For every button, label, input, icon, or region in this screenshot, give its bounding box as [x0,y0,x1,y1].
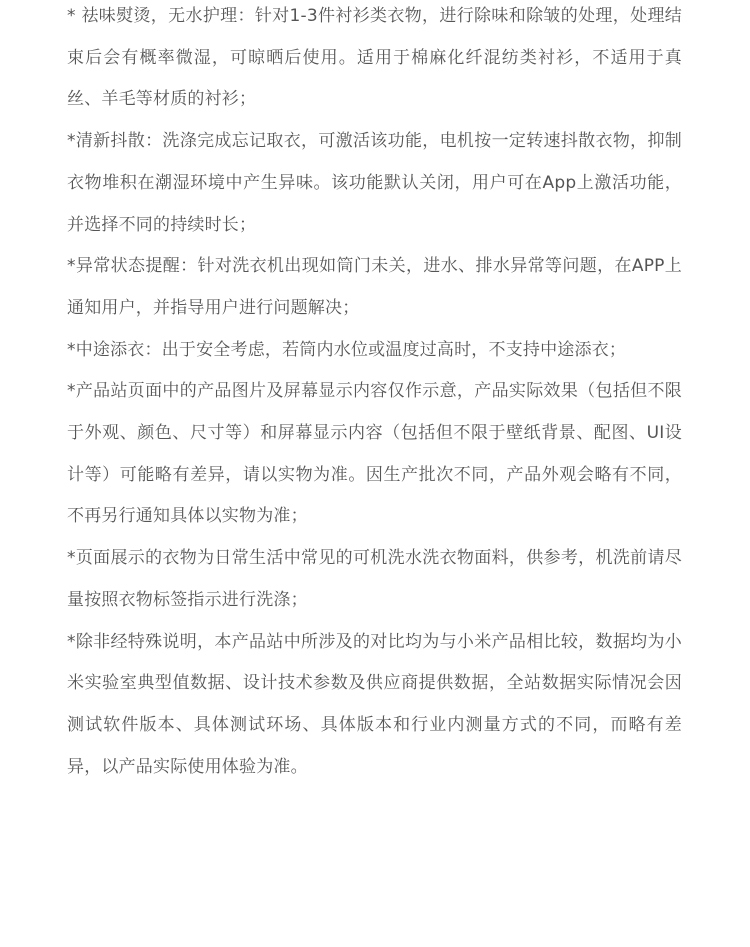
note-deodorize-ironing: * 祛味熨烫，无水护理：针对1-3件衬衫类衣物，进行除味和除皱的处理，处理结束后… [67,0,682,121]
note-abnormal-alert: *异常状态提醒：针对洗衣机出现如筒门未关，进水、排水异常等问题，在APP上通知用… [67,246,682,329]
note-fresh-tumble: *清新抖散：洗涤完成忘记取衣，可激活该功能，电机按一定转速抖散衣物，抑制衣物堆积… [67,121,682,246]
disclaimer-notes: * 祛味熨烫，无水护理：针对1-3件衬衫类衣物，进行除味和除皱的处理，处理结束后… [67,0,682,788]
note-product-images-disclaimer: *产品站页面中的产品图片及屏幕显示内容仅作示意，产品实际效果（包括但不限于外观、… [67,371,682,538]
note-midway-add-clothes: *中途添衣：出于安全考虑，若筒内水位或温度过高时，不支持中途添衣； [67,330,682,372]
note-clothing-display: *页面展示的衣物为日常生活中常见的可机洗水洗衣物面料，供参考，机洗前请尽量按照衣… [67,538,682,621]
note-data-comparison: *除非经特殊说明，本产品站中所涉及的对比均为与小米产品相比较，数据均为小米实验室… [67,622,682,789]
